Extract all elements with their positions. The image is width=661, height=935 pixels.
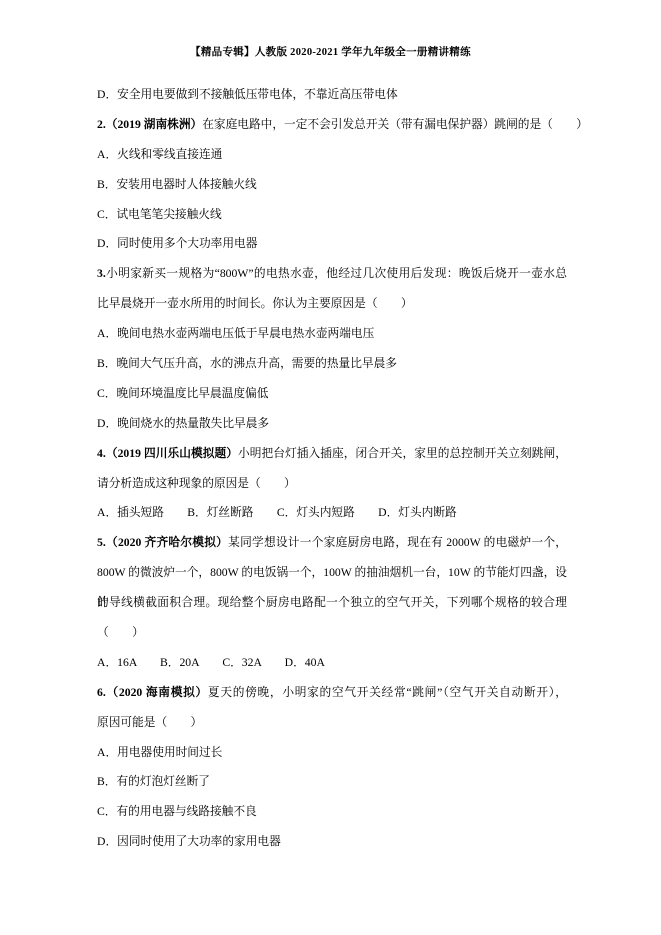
q3-option-b: B．晚间大气压升高，水的沸点升高，需要的热量比早晨多 xyxy=(97,349,567,379)
text-segment: 夏天的傍晚，小明家的空气开关经常“跳闸”（空气开关自动断开）， xyxy=(208,686,567,699)
q3-option-a: A．晚间电热水壶两端电压低于早晨电热水壶两端电压 xyxy=(97,319,567,349)
document-page: 【精品专辑】人教版 2020-2021 学年九年级全一册精讲精练 D．安全用电要… xyxy=(0,0,661,935)
q5-stem-line3: 的导线横截面积合理。现给整个厨房电路配一个独立的空气开关，下列哪个规格的较合理 xyxy=(97,588,567,618)
q4-stem-line2: 请分析造成这种现象的原因是（ ） xyxy=(97,469,567,499)
q5-stem-line2: 800W 的微波炉一个，800W 的电饭锅一个，100W 的抽油烟机一台，10W… xyxy=(97,558,567,588)
q4-options-row: A．插头短路 B．灯丝断路 C．灯头内短路 D．灯头内断路 xyxy=(97,498,567,528)
text-segment: 原因可能是（ ） xyxy=(97,716,202,729)
q4-stem-line1: 4.（2019 四川乐山模拟题）小明把台灯插入插座，闭合开关，家里的总控制开关立… xyxy=(97,439,567,469)
question-number-source-tag: 6.（2020 海南模拟） xyxy=(97,686,208,699)
text-segment: 比早晨烧开一壶水所用的时间长。你认为主要原因是（ ） xyxy=(97,297,413,310)
q6-option-d: D．因同时使用了大功率的家用电器 xyxy=(97,827,567,857)
text-segment: C．晚间环境温度比早晨温度偏低 xyxy=(97,387,268,400)
q5-stem-line4: （ ） xyxy=(97,618,567,648)
text-segment: （ ） xyxy=(97,626,144,639)
text-segment: A．16A B．20A C．32A D．40A xyxy=(97,656,325,669)
q2-option-d: D．同时使用多个大功率用电器 xyxy=(97,229,567,259)
text-segment: 请分析造成这种现象的原因是（ ） xyxy=(97,477,296,490)
question-number-source-tag: 2.（2019 湖南株洲） xyxy=(97,118,202,131)
text-segment: 在家庭电路中，一定不会引发总开关（带有漏电保护器）跳闸的是（ ） xyxy=(202,118,588,131)
q3-option-d: D．晚间烧水的热量散失比早晨多 xyxy=(97,409,567,439)
text-segment: C．试电笔笔尖接触火线 xyxy=(97,208,222,221)
text-segment: B．有的灯泡灯丝断了 xyxy=(97,775,210,788)
q2-option-a: A．火线和零线直接连通 xyxy=(97,140,567,170)
text-segment: B．晚间大气压升高，水的沸点升高，需要的热量比早晨多 xyxy=(97,357,397,370)
text-segment: 某同学想设计一个家庭厨房电路，现在有 2000W 的电磁炉一个， xyxy=(228,536,567,549)
question-number-source-tag: 3. xyxy=(97,267,106,280)
q6-stem-line1: 6.（2020 海南模拟）夏天的傍晚，小明家的空气开关经常“跳闸”（空气开关自动… xyxy=(97,678,567,708)
text-segment: B．安装用电器时人体接触火线 xyxy=(97,178,257,191)
text-segment: 小明把台灯插入插座，闭合开关，家里的总控制开关立刻跳闸， xyxy=(238,447,567,460)
text-segment: D．因同时使用了大功率的家用电器 xyxy=(97,835,281,848)
question-number-source-tag: 4.（2019 四川乐山模拟题） xyxy=(97,447,238,460)
q3-stem-line1: 3.小明家新买一规格为“800W”的电热水壶，他经过几次使用后发现：晚饭后烧开一… xyxy=(97,259,567,289)
page-header: 【精品专辑】人教版 2020-2021 学年九年级全一册精讲精练 xyxy=(0,44,661,59)
text-segment: 的导线横截面积合理。现给整个厨房电路配一个独立的空气开关，下列哪个规格的较合理 xyxy=(97,596,567,609)
text-segment: D．晚间烧水的热量散失比早晨多 xyxy=(97,417,269,430)
q3-stem-line2: 比早晨烧开一壶水所用的时间长。你认为主要原因是（ ） xyxy=(97,289,567,319)
text-segment: A．晚间电热水壶两端电压低于早晨电热水壶两端电压 xyxy=(97,327,374,340)
question-number-source-tag: 5.（2020 齐齐哈尔模拟） xyxy=(97,536,228,549)
q2-option-c: C．试电笔笔尖接触火线 xyxy=(97,200,567,230)
q6-option-c: C．有的用电器与线路接触不良 xyxy=(97,797,567,827)
text-segment: 小明家新买一规格为“800W”的电热水壶，他经过几次使用后发现：晚饭后烧开一壶水… xyxy=(106,267,567,280)
text-segment: A．用电器使用时间过长 xyxy=(97,746,222,759)
q6-stem-line2: 原因可能是（ ） xyxy=(97,708,567,738)
text-segment: A．火线和零线直接连通 xyxy=(97,148,222,161)
q5-options-row: A．16A B．20A C．32A D．40A xyxy=(97,648,567,678)
q2-option-b: B．安装用电器时人体接触火线 xyxy=(97,170,567,200)
q5-stem-line1: 5.（2020 齐齐哈尔模拟）某同学想设计一个家庭厨房电路，现在有 2000W … xyxy=(97,528,567,558)
text-segment: A．插头短路 B．灯丝断路 C．灯头内短路 D．灯头内断路 xyxy=(97,506,457,519)
q2-stem: 2.（2019 湖南株洲）在家庭电路中，一定不会引发总开关（带有漏电保护器）跳闸… xyxy=(97,110,567,140)
q3-option-c: C．晚间环境温度比早晨温度偏低 xyxy=(97,379,567,409)
q6-option-a: A．用电器使用时间过长 xyxy=(97,738,567,768)
q6-option-b: B．有的灯泡灯丝断了 xyxy=(97,767,567,797)
q1-option-d: D．安全用电要做到不接触低压带电体，不靠近高压带电体 xyxy=(97,80,567,110)
text-segment: C．有的用电器与线路接触不良 xyxy=(97,805,257,818)
text-segment: D．安全用电要做到不接触低压带电体，不靠近高压带电体 xyxy=(97,88,398,101)
document-body: D．安全用电要做到不接触低压带电体，不靠近高压带电体2.（2019 湖南株洲）在… xyxy=(97,80,567,857)
text-segment: D．同时使用多个大功率用电器 xyxy=(97,237,257,250)
